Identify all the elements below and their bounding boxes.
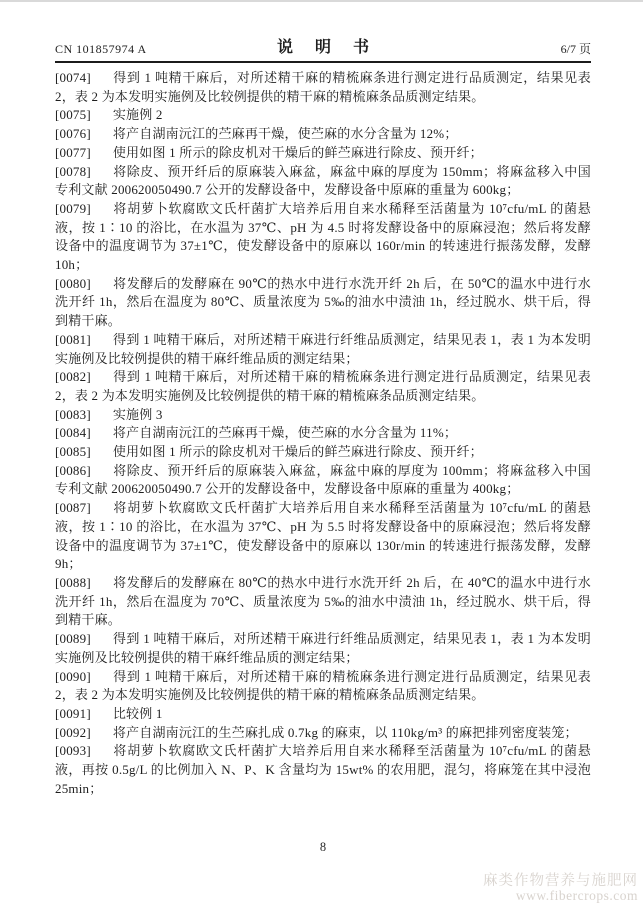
paragraph: [0083]实施例 3 [55,406,591,425]
paragraph-text: 将除皮、预开纤后的原麻装入麻盆，麻盆中麻的厚度为 150mm；将麻盆移入中国专利… [55,164,591,198]
paragraph-text: 将产自湖南沅江的生苎麻扎成 0.7kg 的麻束，以 110kg/m³ 的麻把排列… [113,725,578,740]
paragraph-text: 将发酵后的发酵麻在 80℃的热水中进行水洗开纤 2h 后，在 40℃的温水中进行… [55,575,591,627]
paragraph-number: [0087] [55,500,91,515]
patent-page: { "page": { "header": { "doc_number": "C… [0,0,643,910]
paragraph-number: [0082] [55,369,91,384]
paragraph: [0076]将产自湖南沅江的苎麻再干燥，使苎麻的水分含量为 12%； [55,125,591,144]
paragraph-number: [0085] [55,444,91,459]
paragraph-number: [0077] [55,145,91,160]
paragraph: [0081]得到 1 吨精干麻后，对所述精干麻进行纤维品质测定，结果见表 1，表… [55,331,591,368]
paragraph-number: [0079] [55,201,91,216]
paragraph: [0080]将发酵后的发酵麻在 90℃的热水中进行水洗开纤 2h 后，在 50℃… [55,275,591,331]
paragraph: [0078]将除皮、预开纤后的原麻装入麻盆，麻盆中麻的厚度为 150mm；将麻盆… [55,163,591,200]
paragraph: [0082]得到 1 吨精干麻后，对所述精干麻的精梳麻条进行测定进行品质测定，结… [55,368,591,405]
paragraph-number: [0084] [55,425,91,440]
page-number: 8 [55,840,591,855]
paragraph-number: [0088] [55,575,91,590]
paragraph-number: [0090] [55,669,91,684]
sheet-indicator: 6/7 页 [378,40,591,57]
paragraph: [0093]将胡萝卜软腐欧文氏杆菌扩大培养后用自来水稀释至活菌量为 10⁷cfu… [55,742,591,798]
paragraph-text: 将胡萝卜软腐欧文氏杆菌扩大培养后用自来水稀释至活菌量为 10⁷cfu/mL 的菌… [55,500,591,571]
paragraph-text: 使用如图 1 所示的除皮机对干燥后的鲜苎麻进行除皮、预开纤； [113,145,483,160]
paragraph-number: [0075] [55,107,91,122]
paragraph: [0075]实施例 2 [55,106,591,125]
paragraph-number: [0091] [55,706,91,721]
paragraph-text: 得到 1 吨精干麻后，对所述精干麻的精梳麻条进行测定进行品质测定，结果见表 2，… [55,669,591,703]
paragraph-number: [0074] [55,70,91,85]
paragraph-number: [0076] [55,126,91,141]
paragraph-number: [0086] [55,463,91,478]
paragraph-text: 得到 1 吨精干麻后，对所述精干麻进行纤维品质测定，结果见表 1，表 1 为本发… [55,332,591,366]
paragraph: [0087]将胡萝卜软腐欧文氏杆菌扩大培养后用自来水稀释至活菌量为 10⁷cfu… [55,499,591,574]
paragraph: [0086]将除皮、预开纤后的原麻装入麻盆，麻盆中麻的厚度为 100mm；将麻盆… [55,462,591,499]
paragraph: [0091]比较例 1 [55,705,591,724]
watermark-site-name: 麻类作物营养与施肥网 [483,874,638,890]
document-title: 说 明 书 [268,34,378,57]
document-page: CN 101857974 A 说 明 书 6/7 页 [0074]得到 1 吨精… [0,2,643,855]
paragraph: [0089]得到 1 吨精干麻后，对所述精干麻进行纤维品质测定，结果见表 1，表… [55,630,591,667]
paragraph-text: 将发酵后的发酵麻在 90℃的热水中进行水洗开纤 2h 后，在 50℃的温水中进行… [55,276,591,328]
paragraph: [0088]将发酵后的发酵麻在 80℃的热水中进行水洗开纤 2h 后，在 40℃… [55,574,591,630]
paragraph-text: 将产自湖南沅江的苎麻再干燥，使苎麻的水分含量为 12%； [113,126,458,141]
publication-number: CN 101857974 A [55,42,268,57]
paragraph-text: 将胡萝卜软腐欧文氏杆菌扩大培养后用自来水稀释至活菌量为 10⁷cfu/mL 的菌… [55,743,591,795]
paragraph: [0085]使用如图 1 所示的除皮机对干燥后的鲜苎麻进行除皮、预开纤； [55,443,591,462]
site-watermark: 麻类作物营养与施肥网 www.fibercrops.com [483,874,638,904]
paragraph-text: 比较例 1 [113,706,163,721]
paragraph: [0079]将胡萝卜软腐欧文氏杆菌扩大培养后用自来水稀释至活菌量为 10⁷cfu… [55,200,591,275]
specification-body: [0074]得到 1 吨精干麻后，对所述精干麻的精梳麻条进行测定进行品质测定，结… [55,69,591,798]
paragraph: [0077]使用如图 1 所示的除皮机对干燥后的鲜苎麻进行除皮、预开纤； [55,144,591,163]
paragraph-number: [0080] [55,276,91,291]
paragraph-text: 得到 1 吨精干麻后，对所述精干麻进行纤维品质测定，结果见表 1，表 1 为本发… [55,631,591,665]
paragraph: [0090]得到 1 吨精干麻后，对所述精干麻的精梳麻条进行测定进行品质测定，结… [55,668,591,705]
paragraph-text: 将除皮、预开纤后的原麻装入麻盆，麻盆中麻的厚度为 100mm；将麻盆移入中国专利… [55,463,591,497]
paragraph-number: [0093] [55,743,91,758]
paragraph-number: [0089] [55,631,91,646]
paragraph: [0084]将产自湖南沅江的苎麻再干燥，使苎麻的水分含量为 11%； [55,424,591,443]
paragraph-text: 得到 1 吨精干麻后，对所述精干麻的精梳麻条进行测定进行品质测定，结果见表 2，… [55,369,591,403]
paragraph: [0092]将产自湖南沅江的生苎麻扎成 0.7kg 的麻束，以 110kg/m³… [55,724,591,743]
paragraph-number: [0078] [55,164,91,179]
paragraph-text: 将产自湖南沅江的苎麻再干燥，使苎麻的水分含量为 11%； [113,425,457,440]
paragraph-number: [0092] [55,725,91,740]
paragraph-text: 得到 1 吨精干麻后，对所述精干麻的精梳麻条进行测定进行品质测定，结果见表 2，… [55,70,591,104]
paragraph-text: 将胡萝卜软腐欧文氏杆菌扩大培养后用自来水稀释至活菌量为 10⁷cfu/mL 的菌… [55,201,591,272]
paragraph-number: [0081] [55,332,91,347]
paragraph: [0074]得到 1 吨精干麻后，对所述精干麻的精梳麻条进行测定进行品质测定，结… [55,69,591,106]
watermark-site-url: www.fibercrops.com [483,889,638,904]
paragraph-number: [0083] [55,407,91,422]
paragraph-text: 实施例 2 [113,107,163,122]
document-header: CN 101857974 A 说 明 书 6/7 页 [55,34,591,63]
paragraph-text: 使用如图 1 所示的除皮机对干燥后的鲜苎麻进行除皮、预开纤； [113,444,483,459]
paragraph-text: 实施例 3 [113,407,163,422]
